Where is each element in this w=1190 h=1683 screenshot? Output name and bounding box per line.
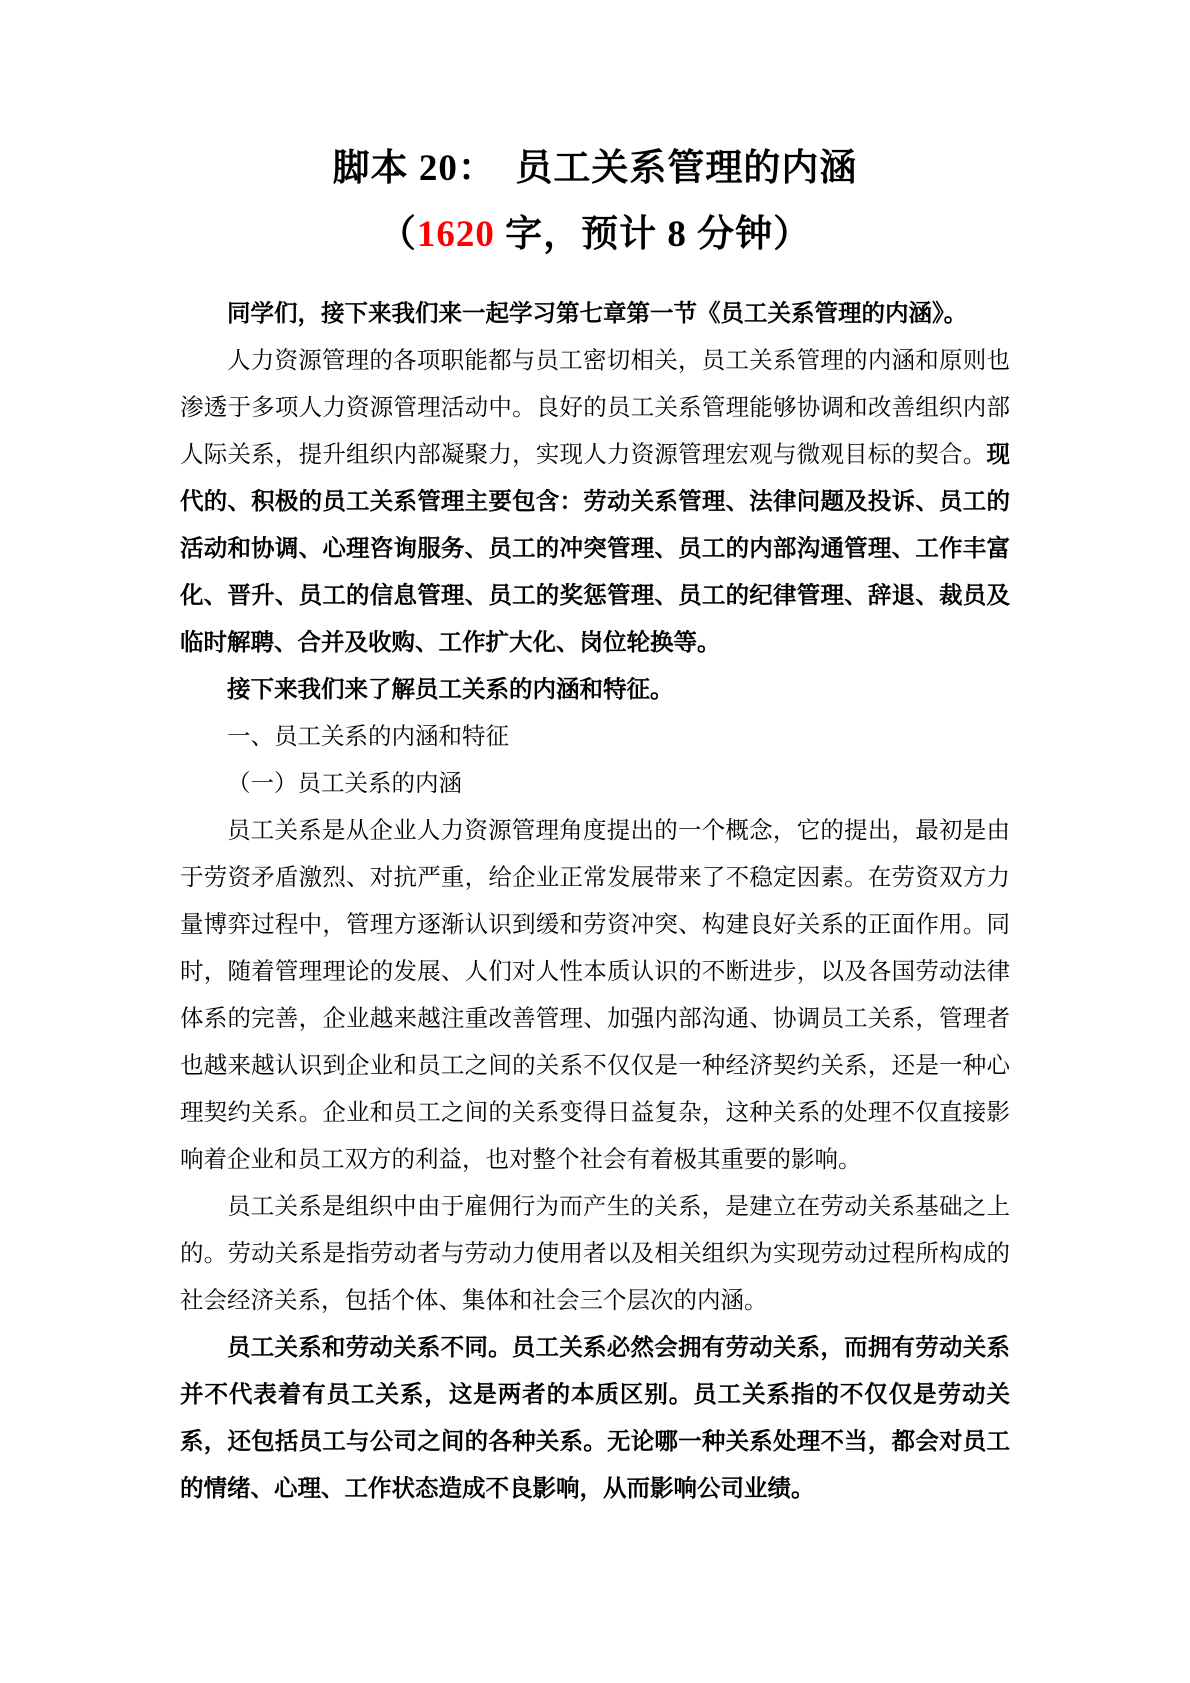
body-paragraph: 同学们，接下来我们来一起学习第七章第一节《员工关系管理的内涵》。 [180, 291, 1010, 338]
text-run: 同学们，接下来我们来一起学习第七章第一节《员工关系管理的内涵》。 [227, 301, 967, 327]
body-paragraph: 一、员工关系的内涵和特征 [180, 714, 1010, 761]
text-run: 接下来我们来了解员工关系的内涵和特征。 [227, 677, 674, 703]
document-title: 脚本 20： 员工关系管理的内涵 [0, 136, 1190, 202]
text-run: （一）员工关系的内涵 [227, 771, 462, 797]
body-paragraph: 员工关系是组织中由于雇佣行为而产生的关系，是建立在劳动关系基础之上的。劳动关系是… [180, 1184, 1010, 1325]
body-paragraph: （一）员工关系的内涵 [180, 761, 1010, 808]
text-run: 现代的、积极的员工关系管理主要包含：劳动关系管理、法律问题及投诉、员工的活动和协… [180, 442, 1010, 656]
body-paragraph: 员工关系和劳动关系不同。员工关系必然会拥有劳动关系，而拥有劳动关系并不代表着有员… [180, 1325, 1010, 1513]
text-run: 人力资源管理的各项职能都与员工密切相关，员工关系管理的内涵和原则也渗透于多项人力… [180, 348, 1010, 468]
title-block: 脚本 20： 员工关系管理的内涵 （1620 字，预计 8 分钟） [0, 0, 1190, 268]
text-run: 员工关系是从企业人力资源管理角度提出的一个概念，它的提出，最初是由于劳资矛盾激烈… [180, 818, 1010, 1173]
document-subtitle: （1620 字，预计 8 分钟） [0, 202, 1190, 268]
text-run: 员工关系是组织中由于雇佣行为而产生的关系，是建立在劳动关系基础之上的。劳动关系是… [180, 1194, 1010, 1314]
text-run: （ [379, 214, 417, 255]
body-paragraph: 人力资源管理的各项职能都与员工密切相关，员工关系管理的内涵和原则也渗透于多项人力… [180, 338, 1010, 667]
document-page: 脚本 20： 员工关系管理的内涵 （1620 字，预计 8 分钟） 同学们，接下… [0, 0, 1190, 1683]
text-run: 员工关系和劳动关系不同。员工关系必然会拥有劳动关系，而拥有劳动关系并不代表着有员… [180, 1335, 1010, 1502]
body-paragraph: 接下来我们来了解员工关系的内涵和特征。 [180, 667, 1010, 714]
text-run: 一、员工关系的内涵和特征 [227, 724, 509, 750]
body-paragraph: 员工关系是从企业人力资源管理角度提出的一个概念，它的提出，最初是由于劳资矛盾激烈… [180, 808, 1010, 1184]
document-body: 同学们，接下来我们来一起学习第七章第一节《员工关系管理的内涵》。人力资源管理的各… [180, 291, 1010, 1513]
text-run: 字，预计 8 分钟） [495, 214, 811, 255]
word-count-number: 1620 [417, 214, 495, 255]
